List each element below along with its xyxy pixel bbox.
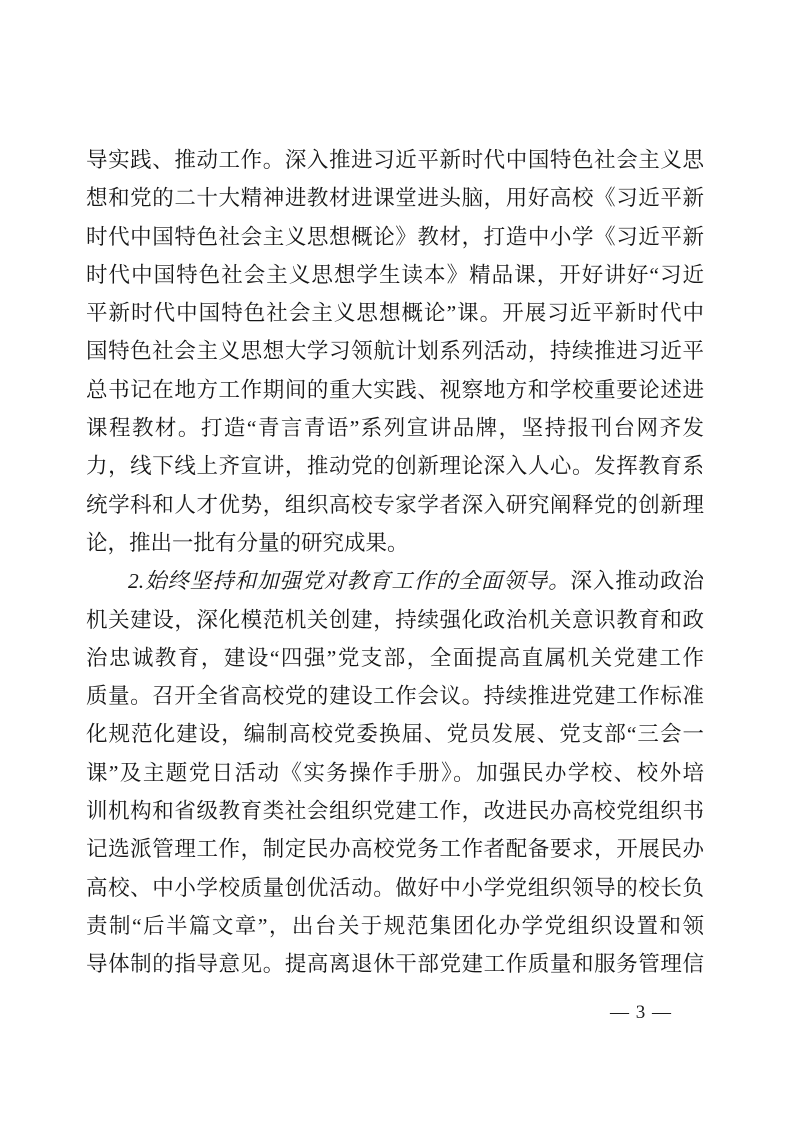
text-line-21: 责制“后半篇文章”，出台关于规范集团化办学党组织设置和领 [86, 907, 704, 945]
text-line-10: 统学科和人才优势，组织高校专家学者深入研究阐释党的创新理 [86, 486, 704, 524]
page-number: — 3 — [610, 1000, 672, 1026]
text-line-11: 论，推出一批有分量的研究成果。 [86, 524, 704, 562]
text-line-9: 力，线下线上齐宣讲，推动党的创新理论深入人心。发挥教育系 [86, 447, 704, 485]
text-line-1: 导实践、推动工作。深入推进习近平新时代中国特色社会主义思 [86, 141, 704, 179]
text-line-20: 高校、中小学校质量创优活动。做好中小学党组织领导的校长负 [86, 869, 704, 907]
paragraph-2-lead-continuation: 深入推动政治 [571, 569, 704, 593]
text-line-3: 时代中国特色社会主义思想概论》教材，打造中小学《习近平新 [86, 218, 704, 256]
text-line-14: 治忠诚教育，建设“四强”党支部，全面提高直属机关党建工作 [86, 639, 704, 677]
paragraph-2-lead: 2.始终坚持和加强党对教育工作的全面领导。 [128, 569, 571, 593]
text-line-2: 想和党的二十大精神进教材进课堂进头脑，用好高校《习近平新 [86, 179, 704, 217]
text-line-12: 2.始终坚持和加强党对教育工作的全面领导。深入推动政治 [86, 562, 704, 600]
text-line-5: 平新时代中国特色社会主义思想概论”课。开展习近平新时代中 [86, 294, 704, 332]
document-page: 导实践、推动工作。深入推进习近平新时代中国特色社会主义思 想和党的二十大精神进教… [0, 0, 793, 1122]
text-line-19: 记选派管理工作，制定民办高校党务工作者配备要求，开展民办 [86, 830, 704, 868]
text-line-4: 时代中国特色社会主义思想学生读本》精品课，开好讲好“习近 [86, 256, 704, 294]
text-line-6: 国特色社会主义思想大学习领航计划系列活动，持续推进习近平 [86, 332, 704, 370]
text-line-8: 课程教材。打造“青言青语”系列宣讲品牌，坚持报刊台网齐发 [86, 409, 704, 447]
text-line-7: 总书记在地方工作期间的重大实践、视察地方和学校重要论述进 [86, 371, 704, 409]
text-line-18: 训机构和省级教育类社会组织党建工作，改进民办高校党组织书 [86, 792, 704, 830]
body-text: 导实践、推动工作。深入推进习近平新时代中国特色社会主义思 想和党的二十大精神进教… [86, 141, 704, 984]
text-line-13: 机关建设，深化模范机关创建，持续强化政治机关意识教育和政 [86, 601, 704, 639]
text-line-17: 课”及主题党日活动《实务操作手册》。加强民办学校、校外培 [86, 754, 704, 792]
text-line-22: 导体制的指导意见。提高离退休干部党建工作质量和服务管理信 [86, 945, 704, 983]
text-line-15: 质量。召开全省高校党的建设工作会议。持续推进党建工作标准 [86, 677, 704, 715]
text-line-16: 化规范化建设，编制高校党委换届、党员发展、党支部“三会一 [86, 715, 704, 753]
